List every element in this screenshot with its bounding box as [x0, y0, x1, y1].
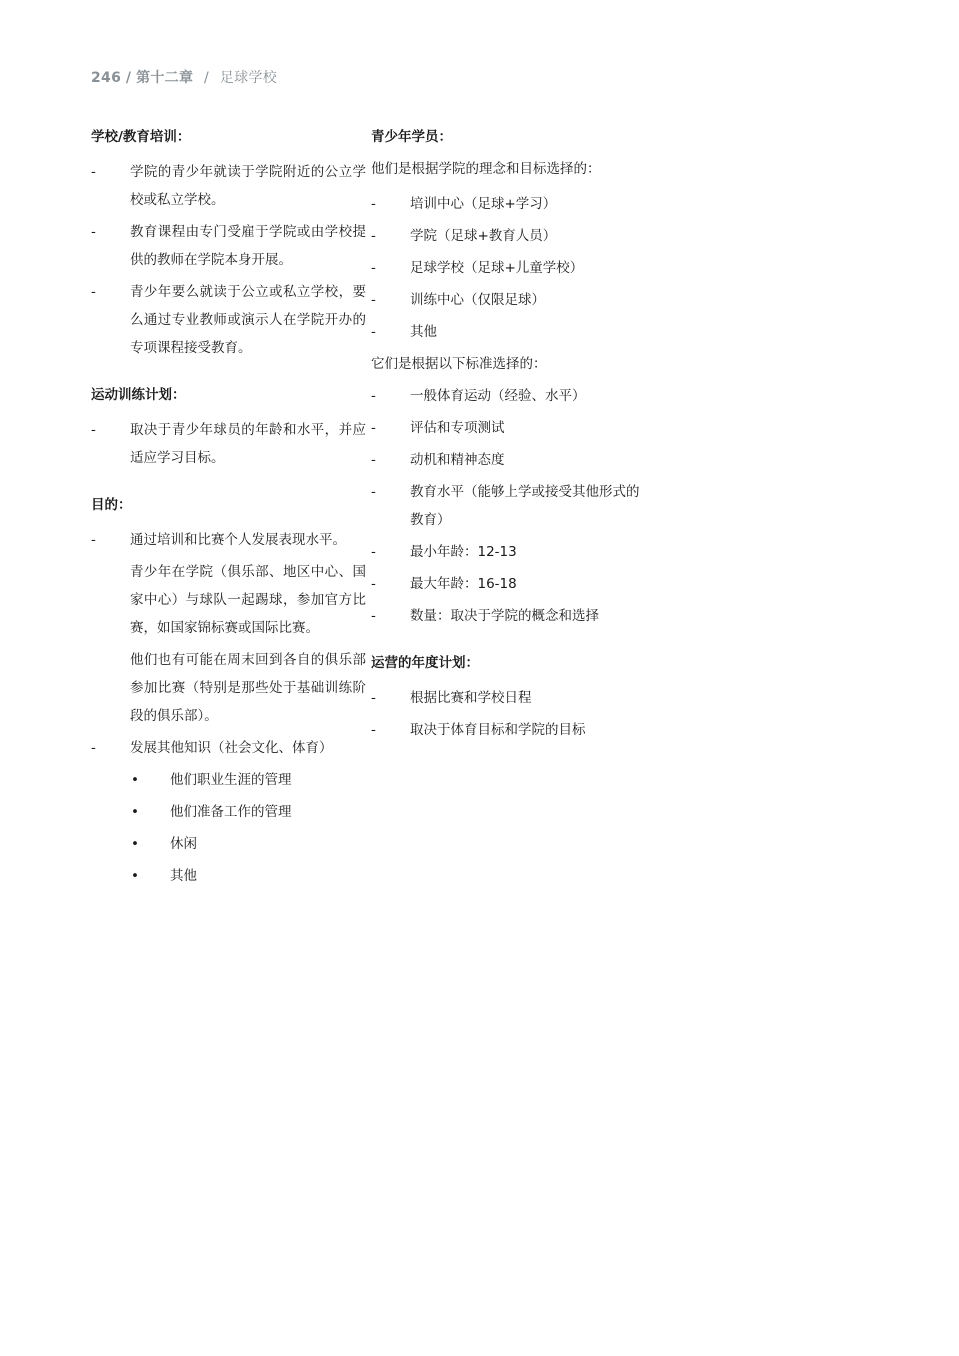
dash-marker: - [371, 222, 376, 250]
list-item: -根据比赛和学校日程 [371, 684, 661, 712]
bullet-item: •他们准备工作的管理 [91, 798, 366, 826]
dash-marker: - [371, 190, 376, 218]
dash-marker: - [371, 716, 376, 744]
section-heading-students: 青少年学员： [371, 126, 661, 148]
page-number: 246 [91, 70, 121, 86]
dash-marker: - [371, 478, 376, 506]
dash-marker: - [371, 538, 376, 566]
list-item: -评估和专项测试 [371, 414, 661, 442]
dash-marker: - [371, 286, 376, 314]
bullet-item: •其他 [91, 862, 366, 890]
dash-marker: - [371, 570, 376, 598]
header-separator: / [204, 70, 209, 86]
dash-marker: - [371, 382, 376, 410]
paragraph: 他们是根据学院的理念和目标选择的： [371, 158, 661, 180]
dash-marker: - [371, 254, 376, 282]
bullet-item: •休闲 [91, 830, 366, 858]
bullet-marker: • [131, 766, 139, 794]
list-item: -发展其他知识（社会文化、体育） [91, 734, 366, 762]
chapter-label: 第十二章 [136, 70, 193, 86]
dash-marker: - [91, 526, 96, 554]
dash-marker: - [371, 446, 376, 474]
section-heading-training: 运动训练计划： [91, 384, 366, 406]
dash-marker: - [91, 734, 96, 762]
list-item: -培训中心（足球+学习） [371, 190, 661, 218]
bullet-marker: • [131, 862, 139, 890]
list-item: -最大年龄：16-18 [371, 570, 661, 598]
left-column: 学校/教育培训： -学院的青少年就读于学院附近的公立学校或私立学校。 -教育课程… [91, 126, 366, 894]
list-item: -教育课程由专门受雇于学院或由学校提供的教师在学院本身开展。 [91, 218, 366, 274]
right-column: 青少年学员： 他们是根据学院的理念和目标选择的： -培训中心（足球+学习） -学… [371, 126, 661, 748]
list-item: -通过培训和比赛个人发展表现水平。 [91, 526, 366, 554]
dash-marker: - [91, 278, 96, 306]
dash-marker: - [371, 318, 376, 346]
dash-marker: - [371, 684, 376, 712]
list-item: -青少年要么就读于公立或私立学校，要么通过专业教师或演示人在学院开办的专项课程接… [91, 278, 366, 362]
paragraph: 青少年在学院（俱乐部、地区中心、国家中心）与球队一起踢球，参加官方比赛，如国家锦… [91, 558, 366, 642]
list-item: -足球学校（足球+儿童学校） [371, 254, 661, 282]
running-header: 246 / 第十二章 / 足球学校 [91, 67, 277, 87]
paragraph: 他们也有可能在周末回到各自的俱乐部参加比赛（特别是那些处于基础训练阶段的俱乐部）… [91, 646, 366, 730]
list-item: -最小年龄：12-13 [371, 538, 661, 566]
list-item: -一般体育运动（经验、水平） [371, 382, 661, 410]
list-item: -其他 [371, 318, 661, 346]
list-item: -取决于体育目标和学院的目标 [371, 716, 661, 744]
list-item: -教育水平（能够上学或接受其他形式的教育） [371, 478, 640, 534]
section-label: 足球学校 [220, 70, 277, 86]
list-item: -取决于青少年球员的年龄和水平，并应适应学习目标。 [91, 416, 366, 472]
section-heading-school: 学校/教育培训： [91, 126, 366, 148]
list-item: -学院的青少年就读于学院附近的公立学校或私立学校。 [91, 158, 366, 214]
list-item: -学院（足球+教育人员） [371, 222, 661, 250]
bullet-item: •他们职业生涯的管理 [91, 766, 366, 794]
dash-marker: - [91, 218, 96, 246]
dash-marker: - [91, 416, 96, 444]
section-heading-annual-plan: 运营的年度计划： [371, 652, 661, 674]
header-separator: / [126, 70, 131, 86]
bullet-marker: • [131, 798, 139, 826]
list-item: -数量：取决于学院的概念和选择 [371, 602, 661, 630]
list-item: -训练中心（仅限足球） [371, 286, 661, 314]
dash-marker: - [371, 414, 376, 442]
section-heading-goals: 目的： [91, 494, 366, 516]
bullet-marker: • [131, 830, 139, 858]
list-item: -动机和精神态度 [371, 446, 661, 474]
dash-marker: - [91, 158, 96, 186]
dash-marker: - [371, 602, 376, 630]
paragraph: 它们是根据以下标准选择的： [371, 350, 661, 378]
